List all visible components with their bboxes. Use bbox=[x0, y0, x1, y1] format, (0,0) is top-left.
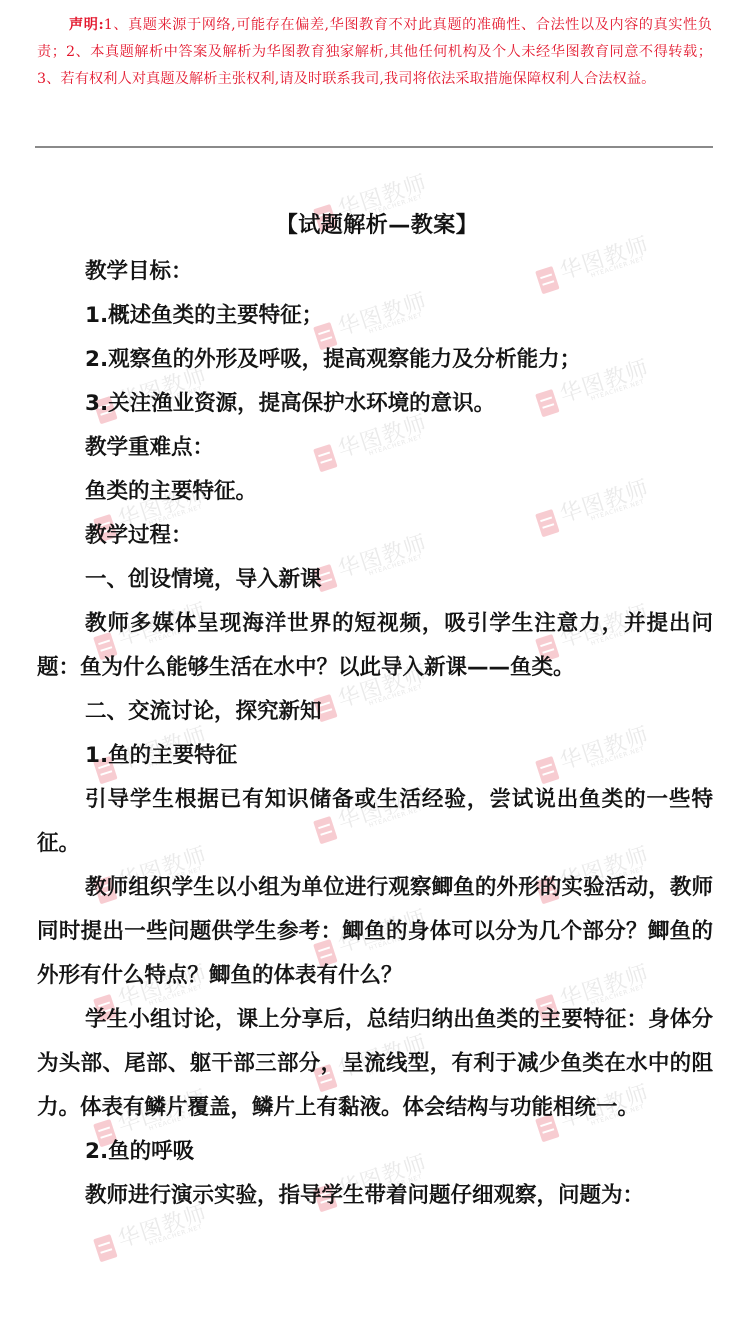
lesson-plan-body: 教学目标： 1.概述鱼类的主要特征； 2.观察鱼的外形及呼吸，提高观察能力及分析… bbox=[37, 250, 713, 1218]
disclaimer-label: 声明: bbox=[69, 17, 104, 33]
key-point-text: 鱼类的主要特征。 bbox=[37, 470, 713, 514]
paragraph: 引导学生根据已有知识储备或生活经验，尝试说出鱼类的一些特征。 bbox=[37, 778, 713, 866]
page-title: 【试题解析—教案】 bbox=[0, 208, 748, 239]
objective-item: 2.观察鱼的外形及呼吸，提高观察能力及分析能力； bbox=[37, 338, 713, 382]
objective-item: 3.关注渔业资源，提高保护水环境的意识。 bbox=[37, 382, 713, 426]
section-heading-key-points: 教学重难点： bbox=[37, 426, 713, 470]
watermark-logo-icon bbox=[93, 1234, 118, 1262]
paragraph: 教师进行演示实验，指导学生带着问题仔细观察，问题为： bbox=[37, 1174, 713, 1218]
step-heading: 二、交流讨论，探究新知 bbox=[37, 690, 713, 734]
document-page: 华图教师HTEACHER.NET华图教师HTEACHER.NET华图教师HTEA… bbox=[0, 0, 748, 1335]
watermark-subtext: HTEACHER.NET bbox=[148, 1223, 203, 1247]
header-divider bbox=[35, 146, 713, 148]
section-heading-objectives: 教学目标： bbox=[37, 250, 713, 294]
objective-item: 1.概述鱼类的主要特征； bbox=[37, 294, 713, 338]
subheading: 1.鱼的主要特征 bbox=[37, 734, 713, 778]
disclaimer: 声明:1、真题来源于网络,可能存在偏差,华图教育不对此真题的准确性、合法性以及内… bbox=[37, 12, 712, 93]
disclaimer-text: 1、真题来源于网络,可能存在偏差,华图教育不对此真题的准确性、合法性以及内容的真… bbox=[37, 17, 712, 87]
paragraph: 教师组织学生以小组为单位进行观察鲫鱼的外形的实验活动，教师同时提出一些问题供学生… bbox=[37, 866, 713, 998]
step-heading: 一、创设情境，导入新课 bbox=[37, 558, 713, 602]
paragraph: 教师多媒体呈现海洋世界的短视频，吸引学生注意力，并提出问题：鱼为什么能够生活在水… bbox=[37, 602, 713, 690]
section-heading-process: 教学过程： bbox=[37, 514, 713, 558]
paragraph: 学生小组讨论，课上分享后，总结归纳出鱼类的主要特征：身体分为头部、尾部、躯干部三… bbox=[37, 998, 713, 1130]
subheading: 2.鱼的呼吸 bbox=[37, 1130, 713, 1174]
